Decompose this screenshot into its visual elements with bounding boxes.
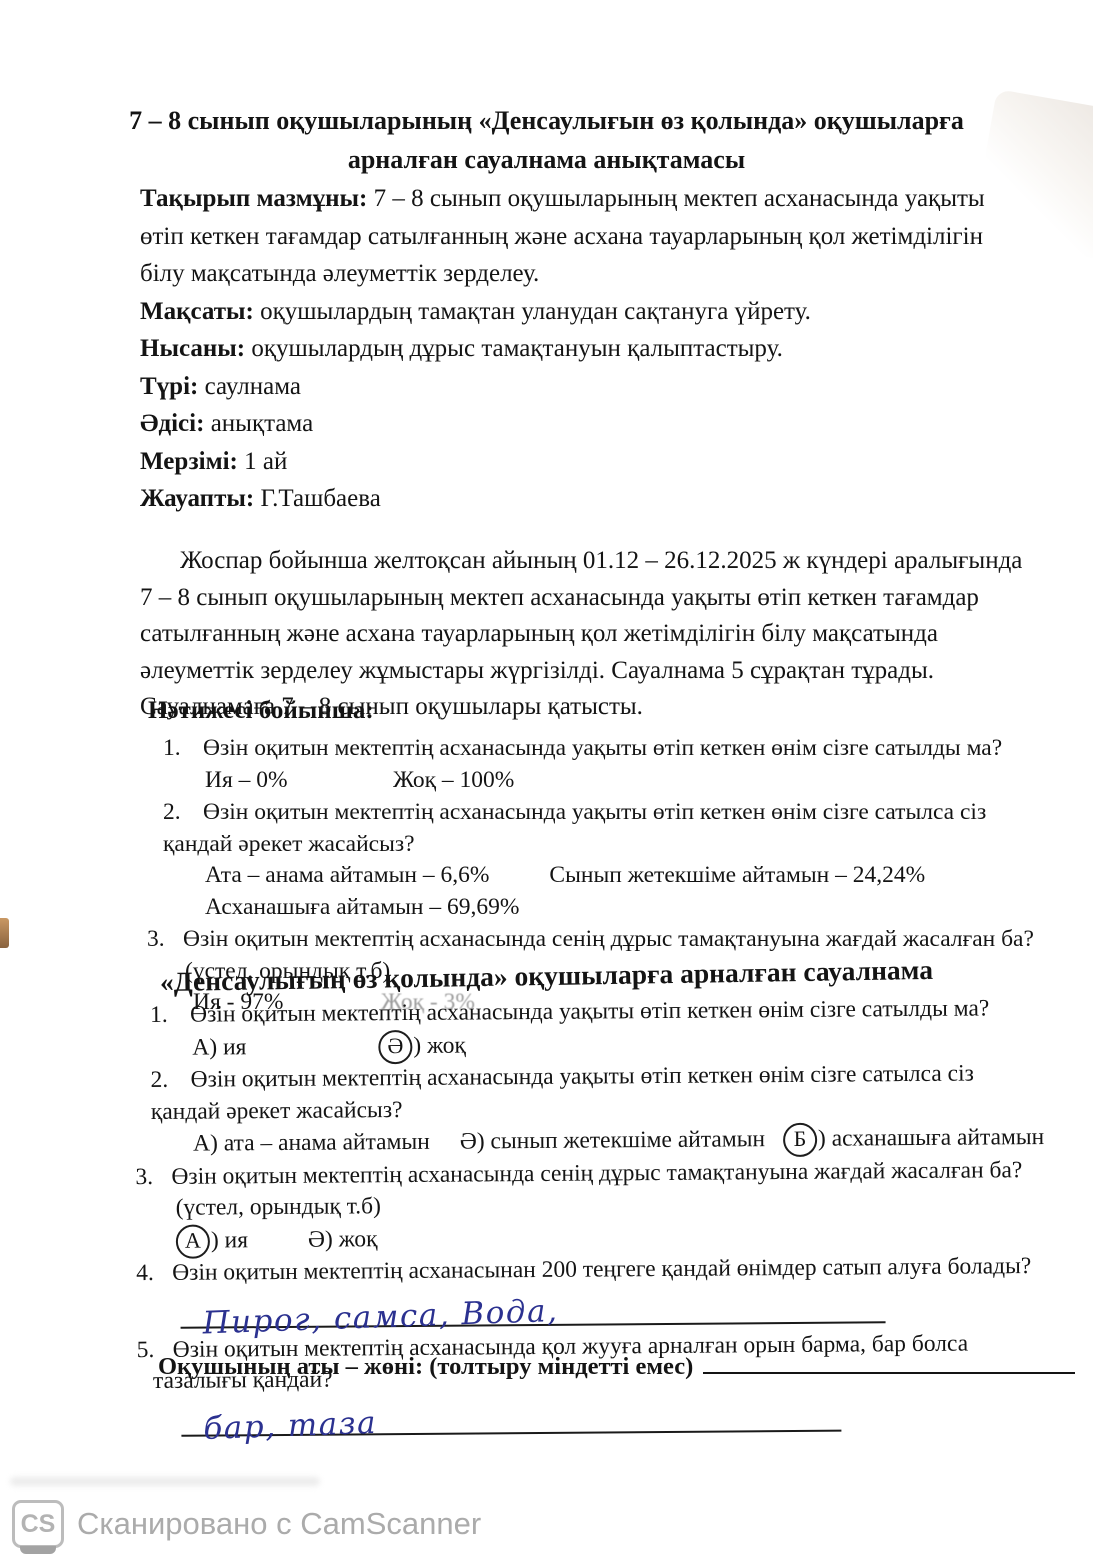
document-title-line-2: арналған сауалнама анықтамасы — [348, 145, 745, 174]
option-b: Ә) жоқ — [308, 1226, 378, 1253]
option-a: А) ата – анама айтамын — [193, 1127, 430, 1160]
survey-item-1: 1.Өзін оқитын мектептің асханасында уақы… — [150, 993, 1065, 1064]
answers-row: Асханашыға айтамын – 69,69% — [205, 892, 1063, 924]
meta-label: Нысаны: — [140, 335, 245, 362]
camscanner-icon: CS — [12, 1500, 64, 1548]
item-number: 4. — [136, 1258, 172, 1290]
scan-edge-artifact — [0, 918, 9, 948]
option-text: ) жоқ — [413, 1032, 466, 1058]
answer-value: Сынып жетекшіме айтамын – 24,24% — [549, 862, 925, 888]
student-name-row: Оқушының аты – жөні: (толтыру міндетті е… — [158, 1350, 1075, 1381]
question-row: 2.Өзін оқитын мектептің асханасында уақы… — [163, 797, 1038, 860]
meta-row-topic: Тақырып мазмұны: 7 – 8 сынып оқушыларыны… — [140, 180, 1022, 293]
question-text: Өзін оқитын мектептің асханасында уақыты… — [151, 1061, 974, 1125]
watermark-text: Сканировано с CamScanner — [77, 1506, 481, 1542]
meta-text: оқушылардың тамақтан уланудан сақтануга … — [254, 298, 811, 325]
circled-letter: А — [176, 1224, 210, 1258]
answer-underline: Пирог, самса, Вода, — [180, 1291, 885, 1329]
meta-text: Г.Ташбаева — [254, 485, 381, 512]
question-row: 1.Өзін оқитын мектептің асханасында уақы… — [163, 733, 1063, 765]
answer-value: Асханашыға айтамын – 69,69% — [205, 894, 519, 920]
survey-item-4: 4.Өзін оқитын мектептің асханасынан 200 … — [152, 1251, 1068, 1329]
scan-smudge-artifact — [10, 1477, 320, 1486]
meta-row-object: Нысаны: оқушылардың дұрыс тамақтануын қа… — [140, 330, 1022, 368]
meta-text: 1 ай — [238, 448, 287, 475]
meta-row-responsible: Жауапты: Г.Ташбаева — [140, 480, 1022, 518]
answers-row: Ата – анама айтамын – 6,6%Сынып жетекшім… — [205, 860, 1063, 892]
question-row: 2.Өзін оқитын мектептің асханасында уақы… — [151, 1058, 1026, 1128]
meta-row-type: Түрі: саулнама — [140, 368, 1022, 406]
option-text: ) ия — [211, 1227, 248, 1253]
option-b: Ә) жоқ — [378, 1032, 466, 1059]
survey-item-2: 2.Өзін оқитын мектептің асханасында уақы… — [151, 1058, 1067, 1161]
circled-letter: Ә — [378, 1029, 412, 1063]
option-b: Ә) сынып жетекшіме айтамын — [460, 1124, 765, 1158]
name-blank-line — [703, 1350, 1075, 1374]
answer-underline: бар, таза — [181, 1399, 841, 1436]
meta-text: саулнама — [198, 373, 301, 400]
question-text: Өзін оқитын мектептің асханасында сенің … — [183, 926, 1034, 952]
meta-label: Мақсаты: — [140, 298, 254, 325]
meta-text: анықтама — [204, 410, 313, 437]
meta-text: оқушылардың дұрыс тамақтануын қалыптасты… — [245, 335, 783, 362]
question-text: Өзін оқитын мектептің асханасынан 200 те… — [172, 1253, 1031, 1286]
item-number: 3. — [147, 924, 183, 956]
meta-label: Тақырып мазмұны: — [140, 185, 367, 212]
meta-row-term: Мерзімі: 1 ай — [140, 443, 1022, 481]
survey-item-5: 5.Өзін оқитын мектептің асханасында қол … — [153, 1327, 1069, 1436]
options-row: А) ата – анама айтамынӘ) сынып жетекшіме… — [193, 1121, 1066, 1160]
answer-value: Жоқ – 100% — [393, 767, 514, 793]
student-name-label: Оқушының аты – жөні: (толтыру міндетті е… — [158, 1353, 693, 1380]
survey-item-3: 3.Өзін оқитын мектептің асханасында сені… — [151, 1154, 1067, 1257]
meta-label: Түрі: — [140, 373, 198, 400]
question-text: Өзін оқитын мектептің асханасында уақыты… — [203, 735, 1002, 761]
question-text: Өзін оқитын мектептің асханасында уақыты… — [190, 995, 989, 1027]
option-text: ) асханашыға айтамын — [818, 1124, 1044, 1152]
question-row: 4.Өзін оқитын мектептің асханасынан 200 … — [152, 1251, 1067, 1290]
document-title-line-1: 7 – 8 сынып оқушыларының «Денсаулығын өз… — [129, 106, 964, 135]
meta-section: Тақырып мазмұны: 7 – 8 сынып оқушыларыны… — [140, 180, 1022, 518]
circled-letter: Б — [783, 1123, 817, 1157]
item-number: 3. — [135, 1161, 171, 1193]
options-row: А) ияӘ) жоқ — [192, 1024, 1065, 1063]
handwritten-answer: бар, таза — [203, 1408, 378, 1446]
answer-value: Ия – 0% — [205, 765, 393, 797]
result-item-1: 1.Өзін оқитын мектептің асханасында уақы… — [163, 733, 1063, 796]
meta-row-method: Әдісі: анықтама — [140, 405, 1022, 443]
item-number: 2. — [151, 1065, 191, 1097]
item-number: 1. — [163, 733, 203, 765]
result-item-2: 2.Өзін оқитын мектептің асханасында уақы… — [163, 797, 1063, 923]
answers-row: Ия – 0%Жоқ – 100% — [205, 765, 1063, 797]
option-a: А) ия — [176, 1224, 248, 1257]
option-c: Б) асханашыға айтамын — [783, 1124, 1044, 1152]
option-a: А) ия — [192, 1031, 322, 1064]
meta-label: Мерзімі: — [140, 448, 238, 475]
camscanner-watermark: CS Сканировано с CamScanner — [12, 1500, 481, 1548]
answer-value: Ата – анама айтамын – 6,6% — [205, 862, 489, 888]
document-title: 7 – 8 сынып оқушыларының «Денсаулығын өз… — [70, 101, 1023, 179]
item-number: 1. — [150, 1000, 190, 1032]
question-text: Өзін оқитын мектептің асханасында сенің … — [171, 1157, 1022, 1190]
meta-row-goal: Мақсаты: оқушылардың тамақтан уланудан с… — [140, 293, 1022, 331]
item-number: 2. — [163, 797, 203, 829]
scanned-survey-document: 7 – 8 сынып оқушыларының «Денсаулығын өз… — [0, 0, 1093, 1556]
question-text: Өзін оқитын мектептің асханасында уақыты… — [163, 799, 986, 857]
question-row: 3.Өзін оқитын мектептің асханасында сені… — [163, 924, 1063, 956]
meta-label: Әдісі: — [140, 410, 204, 437]
results-heading: Нәтижесі бойынша: — [148, 697, 374, 725]
meta-label: Жауапты: — [140, 485, 254, 512]
